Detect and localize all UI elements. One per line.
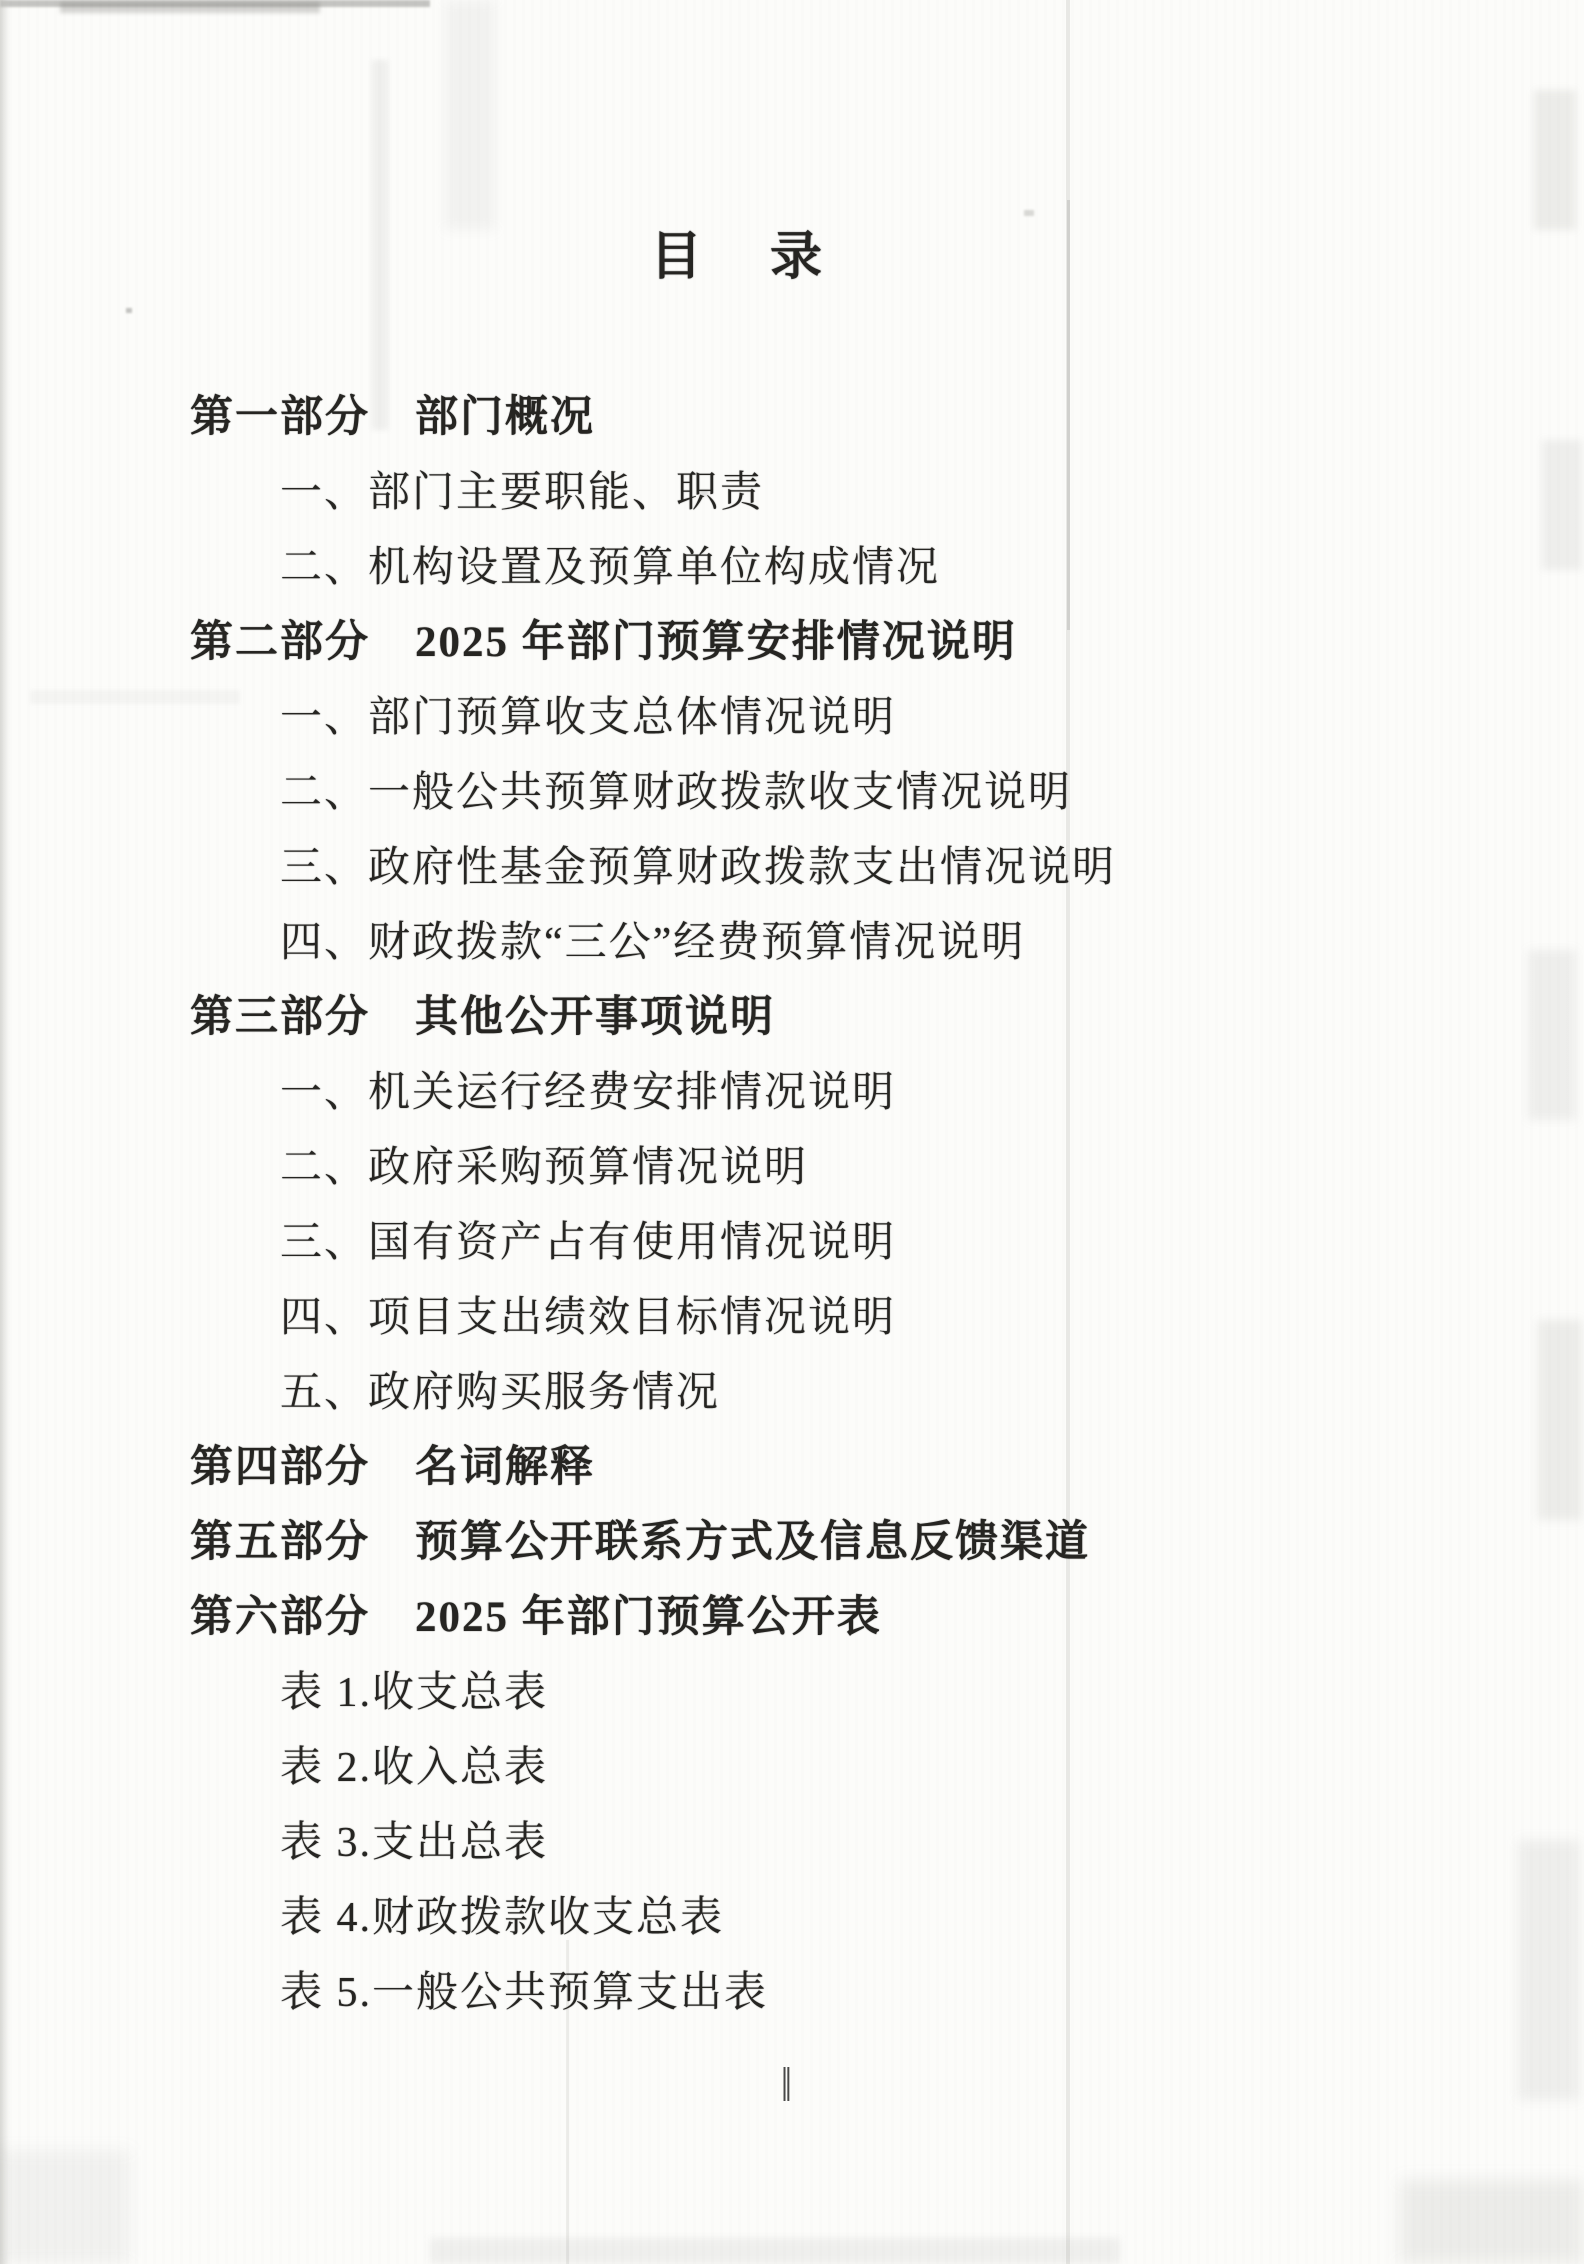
toc-section-heading: 第六部分 2025 年部门预算公开表 bbox=[0, 1576, 1584, 1651]
scan-artifact-top-band bbox=[0, 0, 430, 7]
toc-item: 二、一般公共预算财政拨款收支情况说明 bbox=[0, 751, 1584, 826]
toc-item: 二、机构设置及预算单位构成情况 bbox=[0, 526, 1584, 601]
toc-item: 一、部门主要职能、职责 bbox=[0, 451, 1584, 526]
toc-item: 表 1.收支总表 bbox=[0, 1651, 1584, 1726]
toc-section-heading: 第四部分 名词解释 bbox=[0, 1426, 1584, 1501]
toc-item: 四、项目支出绩效目标情况说明 bbox=[0, 1276, 1584, 1351]
toc-item: 一、机关运行经费安排情况说明 bbox=[0, 1051, 1584, 1126]
toc-item: 表 3.支出总表 bbox=[0, 1801, 1584, 1876]
toc-item: 三、政府性基金预算财政拨款支出情况说明 bbox=[0, 826, 1584, 901]
toc-item: 一、部门预算收支总体情况说明 bbox=[0, 676, 1584, 751]
toc-section-heading: 第五部分 预算公开联系方式及信息反馈渠道 bbox=[0, 1501, 1584, 1576]
toc-item: 表 4.财政拨款收支总表 bbox=[0, 1876, 1584, 1951]
scan-artifact-corner bbox=[1400, 2180, 1584, 2264]
toc-item: 表 5.一般公共预算支出表 bbox=[0, 1951, 1584, 2026]
toc-list: 第一部分 部门概况一、部门主要职能、职责二、机构设置及预算单位构成情况第二部分 … bbox=[0, 376, 1584, 2026]
toc-section-heading: 第二部分 2025 年部门预算安排情况说明 bbox=[0, 601, 1584, 676]
page-number-mark: ‖ bbox=[781, 2062, 793, 2102]
toc-item: 四、财政拨款“三公”经费预算情况说明 bbox=[0, 901, 1584, 976]
toc-item: 五、政府购买服务情况 bbox=[0, 1351, 1584, 1426]
scan-artifact-top-band-2 bbox=[60, 2, 320, 13]
toc-item: 三、国有资产占有使用情况说明 bbox=[0, 1201, 1584, 1276]
scan-artifact-corner bbox=[0, 2150, 130, 2264]
toc-section-heading: 第三部分 其他公开事项说明 bbox=[0, 976, 1584, 1051]
document-page: 目 录 第一部分 部门概况一、部门主要职能、职责二、机构设置及预算单位构成情况第… bbox=[0, 0, 1584, 2264]
page-title: 目 录 bbox=[0, 214, 1532, 289]
scan-artifact-smudge bbox=[1534, 90, 1576, 230]
toc-section-heading: 第一部分 部门概况 bbox=[0, 376, 1584, 451]
scan-artifact-speckle bbox=[126, 308, 132, 313]
scan-artifact-bottom-band bbox=[430, 2238, 1120, 2264]
toc-item: 表 2.收入总表 bbox=[0, 1726, 1584, 1801]
toc-item: 二、政府采购预算情况说明 bbox=[0, 1126, 1584, 1201]
scan-artifact-streak-top bbox=[445, 0, 495, 230]
